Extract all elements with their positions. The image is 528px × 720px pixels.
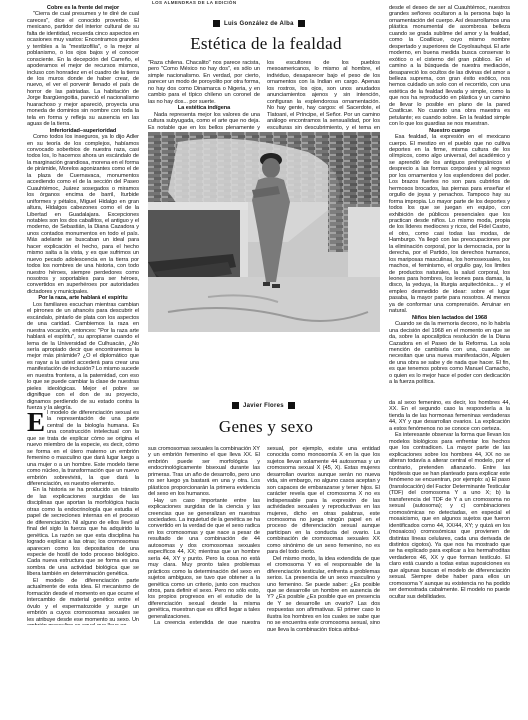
paragraph: En la historia se ha producido un tránsi… (27, 487, 139, 577)
article1-middle-left-column: "Raza chilena. Chacalito" nos parece rac… (148, 60, 260, 130)
author-name: Javier Flores (243, 403, 284, 409)
paragraph: sus cromosomas sexuales la combinación X… (148, 446, 260, 498)
article1-title: Estética de la fealdad (148, 34, 384, 54)
paragraph: Del mismo modo, la idea extendida de que… (267, 556, 380, 631)
article1-middle-right-column: los escultores de los pueblos mesoameric… (267, 60, 380, 130)
subheading: Por la raza, arte hablará el espíritu (27, 295, 139, 301)
paragraph: "Raza chilena. Chacalito" nos parece rac… (148, 60, 260, 105)
paragraph: Como todos los inseguros, ya lo dijo Adl… (27, 134, 139, 295)
author-name: Luis González de Alba (224, 21, 294, 27)
paragraph: Nada representa mejor los valores de una… (148, 112, 260, 130)
square-bullet-icon (213, 20, 220, 27)
paragraph: da al sexo femenino, es decir, los hombr… (389, 400, 510, 432)
article2-column-2: sus cromosomas sexuales la combinación X… (148, 446, 260, 624)
drop-cap: E (27, 411, 45, 433)
paragraph: desde el deseo de ser al Cuauhtémoc, nue… (389, 5, 510, 128)
article2-title: Genes y sexo (148, 417, 384, 437)
square-bullet-icon (288, 402, 295, 409)
paragraph: los escultores de los pueblos mesoameric… (267, 60, 380, 130)
photo-nude-man-courtyard (148, 132, 380, 332)
left-column-essay: Cobre es la frente del mejor "Cierra de … (27, 5, 139, 412)
article2-column-1: E l modelo de diferenciación sexual es l… (27, 410, 139, 625)
article-photo (148, 132, 380, 332)
section-header-strip: LOS ALMENDRAS DE LA EDICIÓN (152, 0, 236, 5)
paragraph: Los familiares escuchan mientras cambian… (27, 302, 139, 412)
paragraph: Es interesante observar la forma que lle… (389, 432, 510, 600)
paragraph: La creencia extendida de que nuestra muj… (148, 620, 260, 624)
paragraph: El modelo de diferenciación parte actual… (27, 578, 139, 625)
square-bullet-icon (298, 20, 305, 27)
paragraph: Cuando se da la memoria decoro, no lo ha… (389, 321, 510, 386)
square-bullet-icon (232, 402, 239, 409)
article2-column-3: sexual, por ejemplo, existe una entidad … (267, 446, 380, 631)
article1-byline: Luis González de Alba (213, 20, 305, 27)
paragraph: Esa fealdad, la expresión en el mexicano… (389, 134, 510, 315)
article2-byline: Javier Flores (232, 402, 295, 409)
article2-column-4: da al sexo femenino, es decir, los hombr… (389, 400, 510, 630)
right-column-essay: desde el deseo de ser al Cuauhtémoc, nue… (389, 5, 510, 386)
paragraph: "Cierra de cual presumes y te diré de cu… (27, 11, 139, 127)
paragraph: Hay un caso importante entre las explica… (148, 498, 260, 621)
paragraph: sexual, por ejemplo, existe una entidad … (267, 446, 380, 556)
